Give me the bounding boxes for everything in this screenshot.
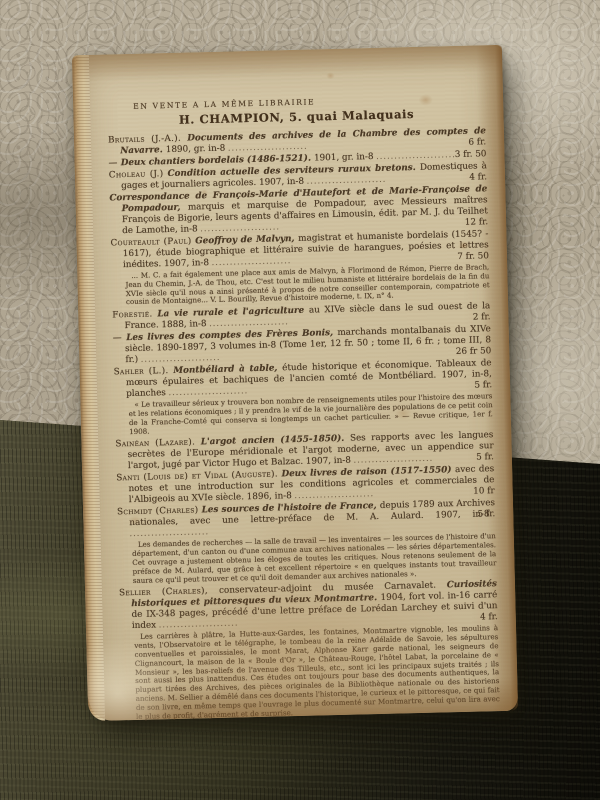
entry-author: Brutails (J.-A.).	[108, 134, 188, 146]
entry-price: 12 fr.	[477, 217, 489, 228]
catalog-entry-list: Brutails (J.-A.). Documents des archives…	[108, 126, 500, 721]
entry-note: ... M. C. a fait également une place aux…	[111, 263, 490, 307]
entry-price: 10 fr	[485, 487, 495, 498]
leader-dots: ......................	[209, 318, 289, 328]
entry-details: 1901, gr. in-8	[314, 152, 377, 164]
entry-author: Forestié.	[112, 310, 157, 321]
leader-dots: ......................	[376, 151, 456, 161]
leader-dots: ......................	[200, 223, 280, 233]
entry-note: « Le travailleur sérieux y trouvera bon …	[114, 392, 493, 436]
antique-book-back-cover: EN VENTE A LA MÊME LIBRAIRIE H. CHAMPION…	[72, 45, 518, 721]
entry-price: 5 fr.	[486, 380, 492, 391]
leader-dots: ......................	[212, 257, 292, 267]
photo-scene: EN VENTE A LA MÊME LIBRAIRIE H. CHAMPION…	[0, 0, 600, 800]
entry-author: Choleau (J.)	[109, 169, 168, 180]
entry-note: Les carrières à plâtre, la Hutte-aux-Gar…	[120, 624, 500, 721]
entry-price: 5 fr.	[488, 453, 494, 464]
entry-price: 4 fr.	[481, 172, 487, 183]
entry-price: 2 fr.	[485, 312, 491, 323]
entry-author: Courteault (Paul)	[110, 236, 195, 248]
entry-price: 5 fr.	[489, 510, 495, 521]
leader-dots: ......................	[228, 143, 308, 153]
entry-price: 4 fr.	[492, 612, 498, 623]
printed-catalog-page: EN VENTE A LA MÊME LIBRAIRIE H. CHAMPION…	[72, 45, 518, 723]
catalog-entry: Correspondance de François-Marie d'Haute…	[109, 184, 488, 237]
entry-author: —	[108, 158, 120, 168]
leader-dots: ......................	[141, 354, 221, 364]
entry-author: Sahler (L.).	[114, 366, 174, 377]
entry-price: 26 fr 50	[468, 346, 492, 358]
leader-dots: ......................	[307, 176, 387, 186]
leader-dots: ......................	[159, 620, 239, 630]
entry-price: 6 fr.	[480, 137, 486, 148]
leader-dots: ......................	[354, 455, 434, 465]
entry-price: 7 fr. 50	[469, 251, 489, 262]
page-header: EN VENTE A LA MÊME LIBRAIRIE H. CHAMPION…	[107, 93, 486, 128]
leader-dots: ......................	[169, 387, 249, 397]
entry-author: —	[113, 333, 127, 343]
entry-details: 1890, gr. in-8	[166, 144, 229, 156]
leader-dots: ......................	[130, 529, 210, 539]
entry-price: 3 fr. 50	[467, 149, 487, 160]
entry-note: Les demandes de recherches — la salle de…	[118, 533, 497, 586]
leader-dots: ......................	[294, 490, 374, 500]
